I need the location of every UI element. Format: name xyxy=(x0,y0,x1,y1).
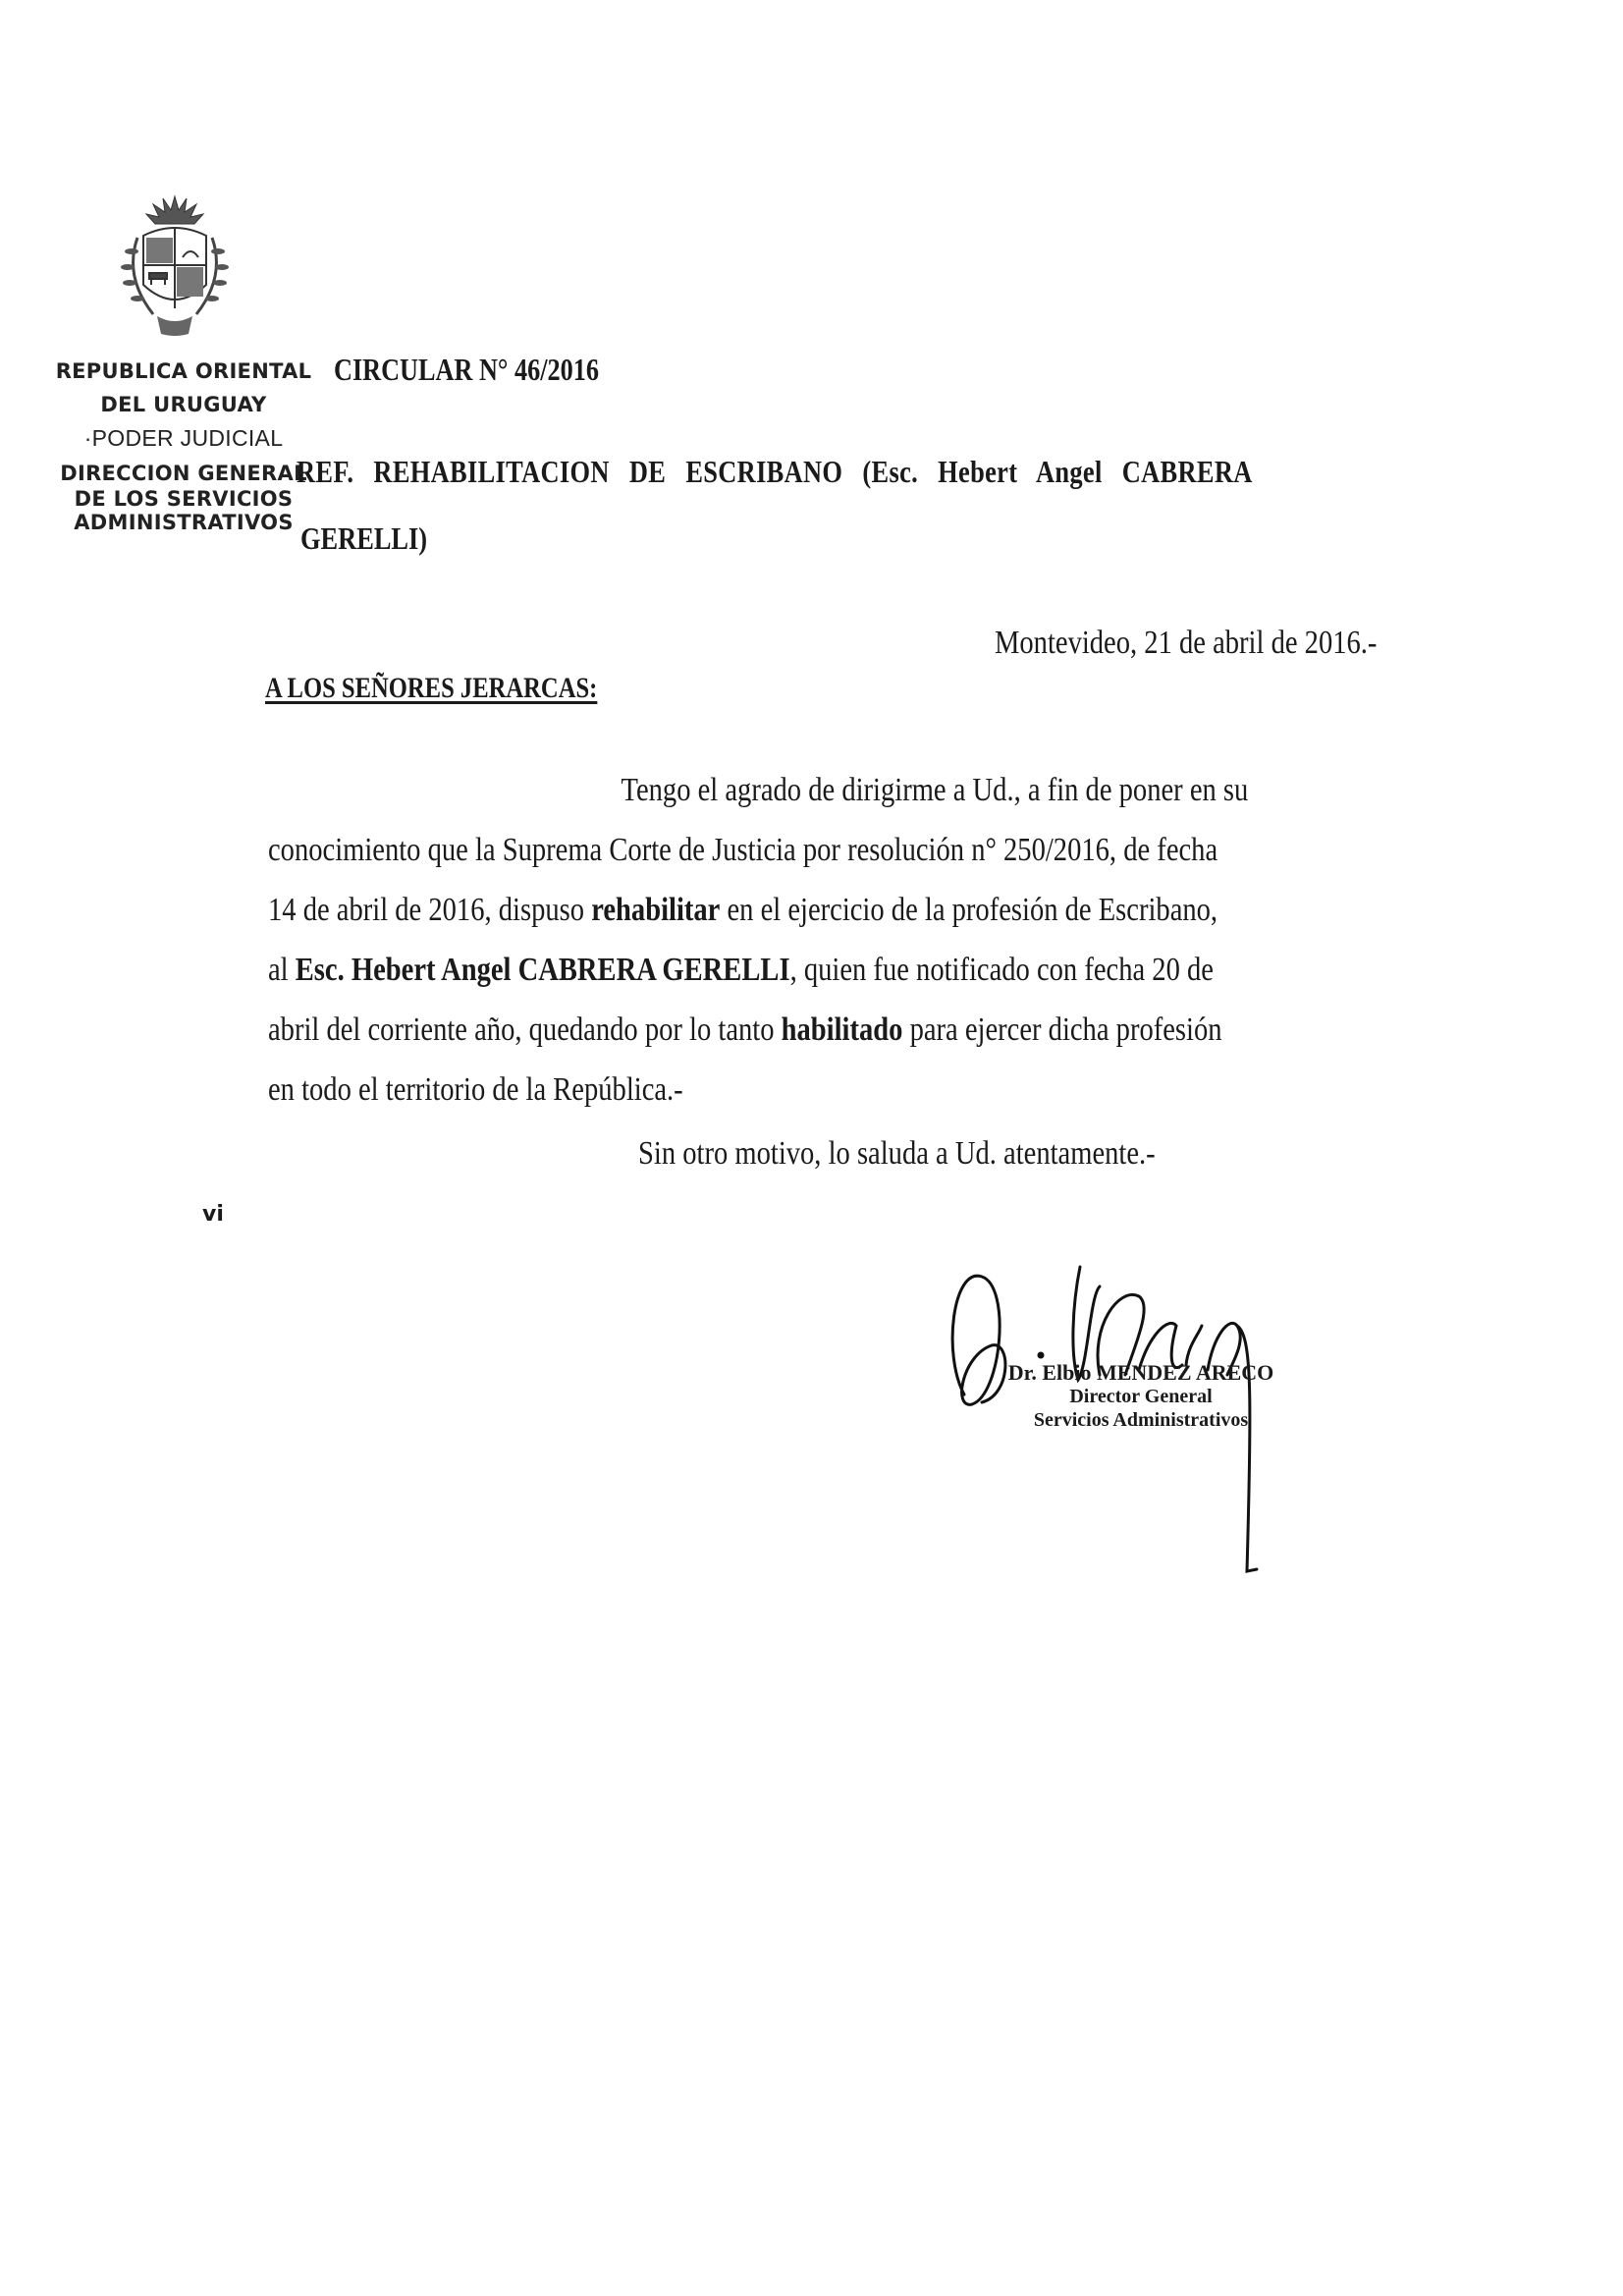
signatory-name: Dr. Elbio MENDEZ ARECO xyxy=(984,1361,1298,1385)
emphasis: rehabilitar xyxy=(591,892,720,928)
salutation: A LOS SEÑORES JERARCAS: xyxy=(265,672,597,705)
letter-body: Tengo el agrado de dirigirme a Ud., a fi… xyxy=(268,766,1486,1114)
emphasis: habilitado xyxy=(782,1011,903,1048)
coat-of-arms-icon xyxy=(106,189,243,346)
body-line: al Esc. Hebert Angel CABRERA GERELLI, qu… xyxy=(268,946,1291,994)
signatory-department: Servicios Administrativos xyxy=(984,1408,1298,1432)
letterhead-line: DIRECCION GENERAL xyxy=(55,460,312,487)
letterhead-line: ADMINISTRATIVOS xyxy=(55,511,312,534)
typist-initials: vi xyxy=(202,1202,224,1227)
closing-line: Sin otro motivo, lo saluda a Ud. atentam… xyxy=(638,1135,1156,1173)
notary-name: Esc. Hebert Angel CABRERA GERELLI xyxy=(296,952,790,988)
signature-block: Dr. Elbio MENDEZ ARECO Director General … xyxy=(984,1361,1298,1432)
letterhead-org: REPUBLICA ORIENTAL DEL URUGUAY ·PODER JU… xyxy=(55,357,312,534)
letterhead-line: ·PODER JUDICIAL xyxy=(55,424,312,452)
body-line: conocimiento que la Suprema Corte de Jus… xyxy=(268,826,1291,874)
body-line: en todo el territorio de la República.- xyxy=(268,1066,1291,1114)
letterhead-line: DEL URUGUAY xyxy=(55,391,312,418)
letter-date: Montevideo, 21 de abril de 2016.- xyxy=(995,625,1377,662)
signatory-title: Director General xyxy=(984,1385,1298,1408)
body-line: abril del corriente año, quedando por lo… xyxy=(268,1006,1291,1054)
reference-line-cont: GERELLI) xyxy=(300,520,427,557)
body-line: 14 de abril de 2016, dispuso rehabilitar… xyxy=(268,886,1291,934)
circular-number: CIRCULAR N° 46/2016 xyxy=(334,352,599,388)
letterhead-line: DE LOS SERVICIOS xyxy=(55,487,312,511)
letterhead-line: REPUBLICA ORIENTAL xyxy=(55,357,312,385)
reference-line: REF. REHABILITACION DE ESCRIBANO (Esc. H… xyxy=(297,454,1552,490)
body-line: Tengo el agrado de dirigirme a Ud., a fi… xyxy=(268,766,1291,814)
